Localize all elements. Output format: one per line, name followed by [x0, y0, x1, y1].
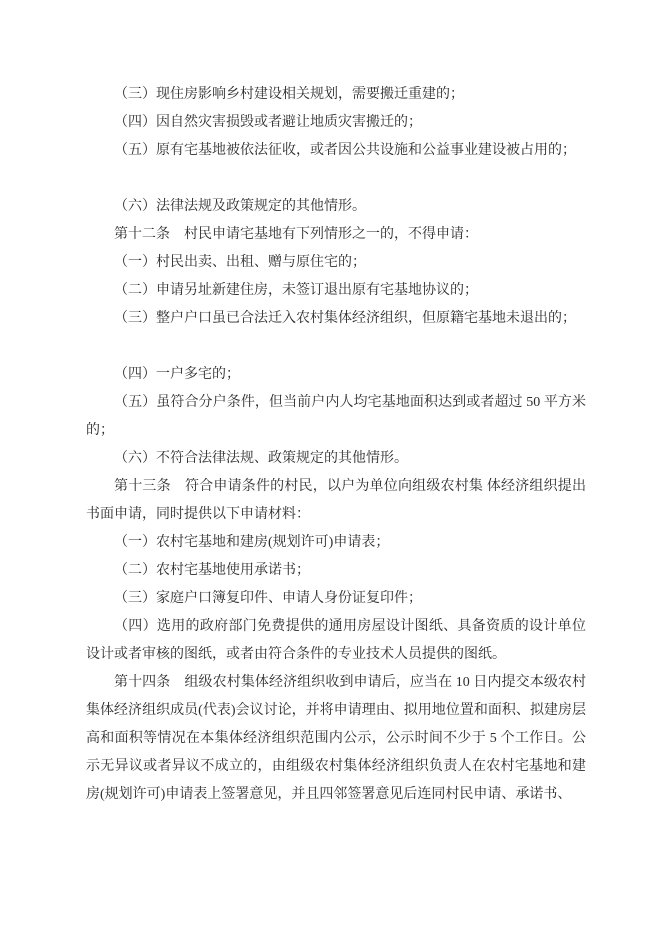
paragraph: （六）法律法规及政策规定的其他情形。	[86, 193, 586, 221]
paragraph: （五）虽符合分户条件，但当前户内人均宅基地面积达到或者超过 50 平方米的；	[86, 389, 586, 445]
paragraph-article-14: 第十四条 组级农村集体经济组织收到申请后，应当在 10 日内提交本级农村集体经济…	[86, 669, 586, 809]
paragraph: （一）村民出卖、出租、赠与原住宅的；	[86, 249, 586, 277]
paragraph: （四）选用的政府部门免费提供的通用房屋设计图纸、具备资质的设计单位设计或者审核的…	[86, 613, 586, 669]
paragraph-article-13: 第十三条 符合申请条件的村民，以户为单位向组级农村集 体经济组织提出书面申请，同…	[86, 473, 586, 529]
paragraph: （六）不符合法律法规、政策规定的其他情形。	[86, 445, 586, 473]
paragraph: （二）申请另址新建住房，未签订退出原有宅基地协议的；	[86, 277, 586, 305]
paragraph: （三）家庭户口簿复印件、申请人身份证复印件；	[86, 585, 586, 613]
blank-line	[86, 165, 586, 193]
paragraph: （四）因自然灾害损毁或者避让地质灾害搬迁的；	[86, 109, 586, 137]
paragraph: （二）农村宅基地使用承诺书；	[86, 557, 586, 585]
paragraph: （四）一户多宅的；	[86, 361, 586, 389]
paragraph-article-12: 第十二条 村民申请宅基地有下列情形之一的，不得申请：	[86, 221, 586, 249]
paragraph: （一）农村宅基地和建房(规划许可)申请表；	[86, 529, 586, 557]
paragraph: （三）现住房影响乡村建设相关规划，需要搬迁重建的；	[86, 81, 586, 109]
document-page: （三）现住房影响乡村建设相关规划，需要搬迁重建的； （四）因自然灾害损毁或者避让…	[86, 81, 586, 809]
blank-line	[86, 333, 586, 361]
paragraph: （三）整户户口虽已合法迁入农村集体经济组织，但原籍宅基地未退出的；	[86, 305, 586, 333]
paragraph: （五）原有宅基地被依法征收，或者因公共设施和公益事业建设被占用的；	[86, 137, 586, 165]
